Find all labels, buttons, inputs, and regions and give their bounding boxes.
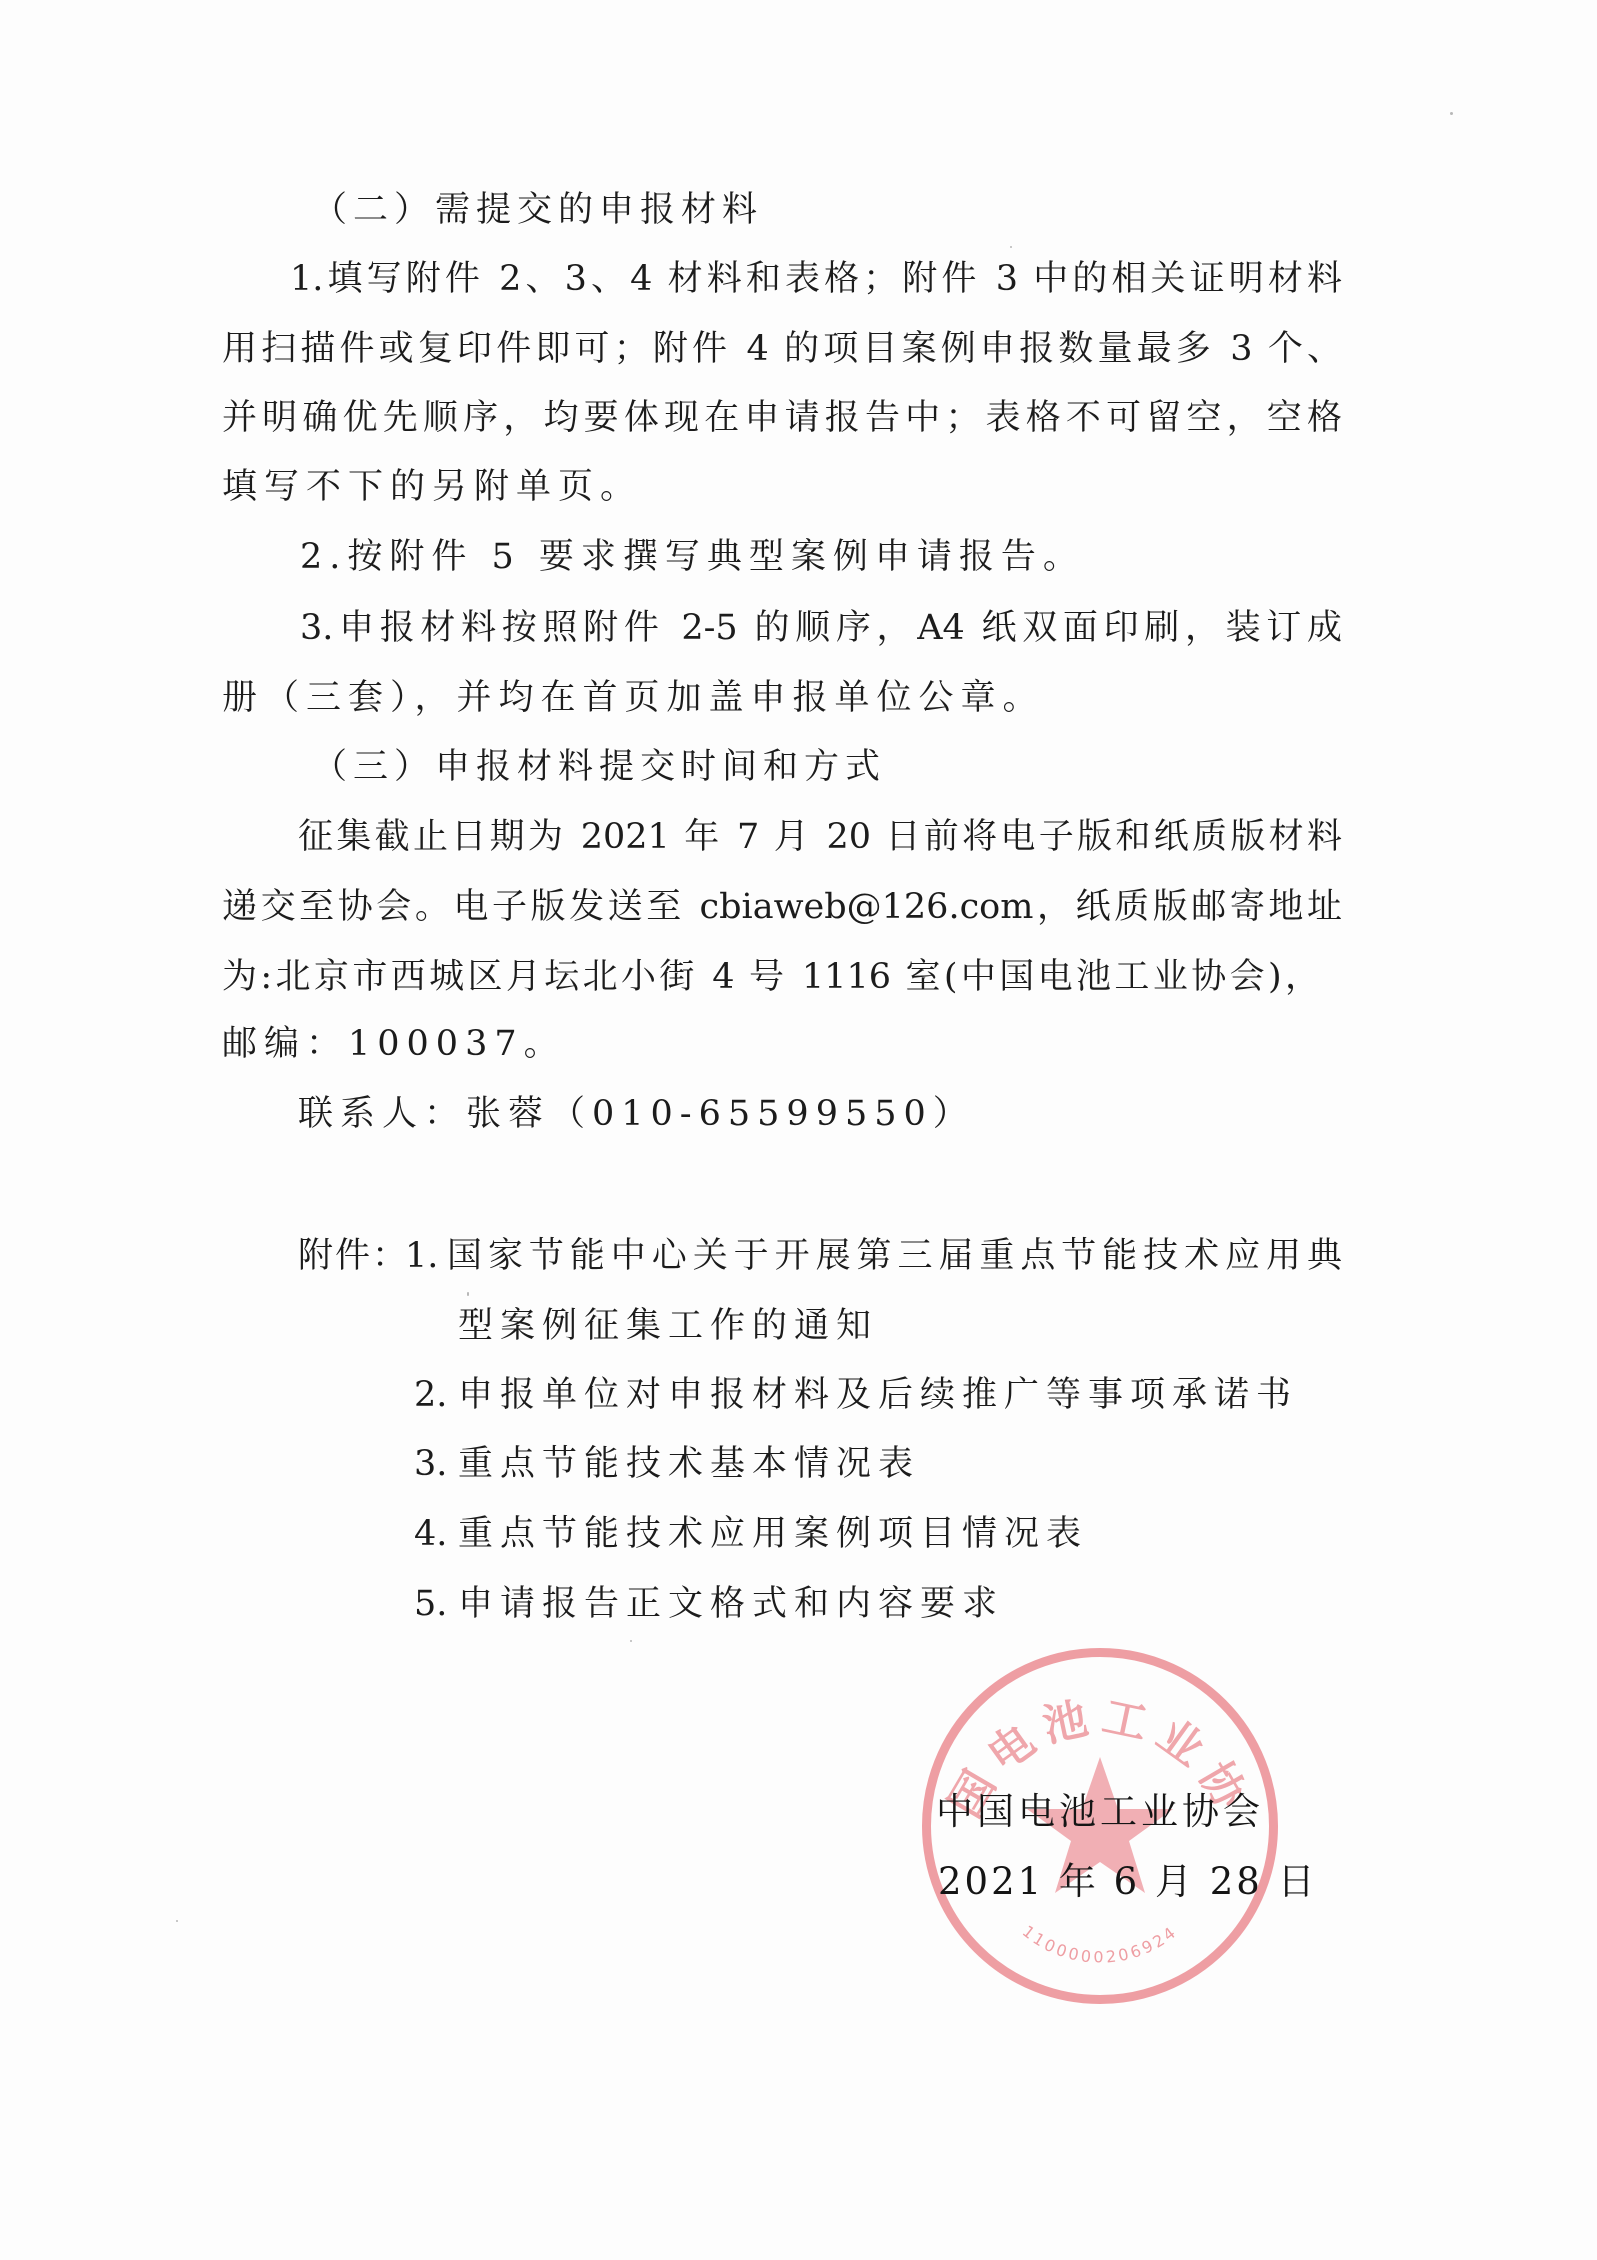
attachment-2-number: 2. [414, 1373, 447, 1417]
paragraph-line3: 为:北京市西城区月坛北小街 4 号 1116 室(中国电池工业协会)， [222, 955, 1320, 999]
attachment-2-title: 申报单位对申报材料及后续推广等事项承诺书 [458, 1373, 1298, 1417]
scan-speck [1010, 246, 1012, 248]
section-heading-3: （三）申报材料提交时间和方式 [312, 745, 886, 789]
item3-line1: 3.申报材料按照附件 2-5 的顺序，A4 纸双面印刷，装订成 [300, 606, 1342, 650]
scan-speck [176, 1920, 178, 1922]
contact-line: 联系人：张蓉（010-65599550） [298, 1092, 975, 1136]
signature-organization: 中国电池工业协会 [936, 1790, 1264, 1834]
item2-line: 2.按附件 5 要求撰写典型案例申请报告。 [300, 535, 1085, 579]
paragraph-line4: 邮编：100037。 [222, 1022, 566, 1066]
item1-line4: 填写不下的另附单页。 [222, 465, 642, 509]
attachment-4-title: 重点节能技术应用案例项目情况表 [458, 1512, 1088, 1556]
attachment-5-number: 5. [414, 1582, 447, 1626]
attachment-5-title: 申请报告正文格式和内容要求 [458, 1582, 1004, 1626]
attachment-1-line2: 型案例征集工作的通知 [458, 1304, 878, 1348]
item1-line3: 并明确优先顺序，均要体现在申请报告中；表格不可留空，空格 [222, 396, 1342, 440]
signature-date: 2021 年 6 月 28 日 [938, 1860, 1318, 1904]
attachment-4-number: 4. [414, 1512, 447, 1556]
section-heading-2: （二）需提交的申报材料 [312, 188, 763, 232]
scan-speck [630, 1640, 632, 1642]
paragraph-line1: 征集截止日期为 2021 年 7 月 20 日前将电子版和纸质版材料 [298, 815, 1342, 859]
svg-text:1100000206924: 1100000206924 [1019, 1922, 1181, 1967]
seal-serial: 1100000206924 [1019, 1922, 1181, 1967]
attachment-3-number: 3. [414, 1442, 447, 1486]
item1-line1: 1.填写附件 2、3、4 材料和表格；附件 3 中的相关证明材料 [290, 257, 1342, 301]
scan-speck [467, 1292, 469, 1296]
attachment-1-line1: 国家节能中心关于开展第三届重点节能技术应用典 [447, 1234, 1342, 1278]
scan-speck [1450, 112, 1453, 115]
attachment-1-number: 1. [405, 1234, 438, 1278]
attachment-3-title: 重点节能技术基本情况表 [458, 1442, 920, 1486]
item1-line2: 用扫描件或复印件即可；附件 4 的项目案例申报数量最多 3 个、 [222, 327, 1342, 371]
document-page: （二）需提交的申报材料 1.填写附件 2、3、4 材料和表格；附件 3 中的相关… [0, 0, 1597, 2260]
attachments-label: 附件： [298, 1234, 409, 1278]
item3-line2: 册（三套），并均在首页加盖申报单位公章。 [222, 676, 1045, 720]
paragraph-line2: 递交至协会。电子版发送至 cbiaweb@126.com，纸质版邮寄地址 [222, 885, 1342, 929]
